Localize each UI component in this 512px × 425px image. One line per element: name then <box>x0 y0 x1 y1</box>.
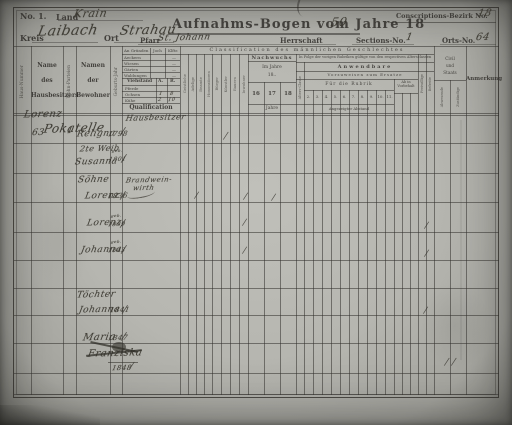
rubrik-cell: 6. <box>340 94 349 99</box>
rubrik-cell: 7. <box>349 94 358 99</box>
grid-line-vertical <box>280 82 281 395</box>
kreis-value-handwriting: Laibach <box>36 22 99 40</box>
class-col-label: Inwohner <box>239 56 248 112</box>
col-header-haus-nummer: Haus-Nummer <box>14 52 31 112</box>
rubrik-cell: 10. <box>376 94 385 99</box>
col-header-line: Namen <box>76 58 110 73</box>
nachwuchs-cell: 16 <box>248 91 264 97</box>
rubrik-cell: 4. <box>322 94 331 99</box>
grid-line-vertical <box>376 90 377 395</box>
grid-line-vertical <box>385 90 386 395</box>
grid-line-horizontal <box>14 260 499 261</box>
birth-note: geb. <box>111 213 123 218</box>
class-col-label: Beamte <box>196 56 204 112</box>
grid-line-horizontal <box>248 104 394 105</box>
photo-shadow <box>0 405 100 425</box>
birth-note: geb. <box>111 239 123 244</box>
nachwuchs-line2: 18.. <box>248 73 296 78</box>
grid-line-horizontal <box>122 85 180 86</box>
anwendbare-label: Anwendbare <box>296 64 434 70</box>
grid-line-horizontal <box>14 46 499 47</box>
divider <box>32 42 98 43</box>
classification-title: Classification des männlichen Geschlecht… <box>180 47 434 53</box>
grid-line-horizontal <box>248 82 296 83</box>
class-col-label: Bürger <box>212 56 221 112</box>
grid-line-horizontal <box>122 91 180 92</box>
befreite-col: Befreite <box>426 56 434 112</box>
grid-line-vertical <box>450 80 451 395</box>
col-header-line: der <box>76 73 110 88</box>
grid-line-vertical <box>402 93 403 395</box>
grid-line-vertical <box>358 90 359 395</box>
anmerkung-label: Anmerkung <box>466 76 497 82</box>
viehstand-col-r: R. <box>170 79 175 84</box>
fuer-die-rubrik-label: Für die Rubrik <box>304 82 394 87</box>
divider <box>138 44 336 45</box>
birth-year: 1841 <box>109 306 130 315</box>
scanned-census-form: No. 1. Land Krain Aufnahms-Bogen vom Jah… <box>0 0 512 425</box>
nachwuchs-bottom: Jahre <box>248 106 296 111</box>
land-row-joch: Joch <box>153 48 162 53</box>
divider <box>352 44 414 45</box>
form-title: Aufnahms-Bogen vom Jahre 18 <box>172 17 425 32</box>
divider <box>58 20 143 21</box>
col-header-hausbesitzer: Name des Hausbesitzers <box>31 58 63 103</box>
grid-line-horizontal <box>248 61 296 62</box>
grid-line-horizontal <box>296 71 434 72</box>
grid-line-horizontal <box>14 315 499 316</box>
grid-line-horizontal <box>14 173 499 174</box>
krieg-box-line: Civil <box>434 56 466 61</box>
grid-line-horizontal <box>14 394 499 395</box>
grid-line-vertical <box>394 79 395 395</box>
pfarr-value-handwriting: St. Johann <box>157 32 211 43</box>
vorbehalt-label: Ab in Vorbehalt <box>394 80 418 88</box>
grid-line-vertical <box>322 90 323 395</box>
grid-line-horizontal <box>122 60 180 61</box>
grid-line-vertical <box>150 48 151 78</box>
grid-line-horizontal <box>180 54 434 55</box>
vorzuweisen-label: Vorzuweisen zum Ersatze <box>296 72 434 77</box>
conscription-district-value: 18 <box>477 8 493 19</box>
col-header-line: Name <box>31 58 63 73</box>
title-year-handwriting: 50 <box>330 15 349 29</box>
grid-line-horizontal <box>14 288 499 289</box>
krieg-box-line: und <box>434 63 466 68</box>
grid-line-horizontal <box>394 93 418 94</box>
class-col-label: Bauern <box>230 56 239 112</box>
class-col-label: Künstler <box>221 56 230 112</box>
col-header-line: des <box>31 73 63 88</box>
qualification-label: Qualification <box>122 104 180 111</box>
grid-line-horizontal <box>122 66 180 67</box>
grid-line-vertical <box>367 90 368 395</box>
rubrik-cell: 5. <box>331 94 340 99</box>
grid-line-horizontal <box>296 62 434 63</box>
grid-line-horizontal <box>122 103 180 104</box>
nachwuchs-line1: Im Jahre <box>248 65 296 70</box>
class-col-label: Geistliche <box>180 56 188 112</box>
rubrik-cell: 11. <box>385 94 394 99</box>
col-header-line: Bewohner <box>76 88 110 103</box>
grid-line-vertical <box>340 90 341 395</box>
col-header-wohn-parteien: Wohn-Parteien <box>63 52 76 112</box>
grid-line-horizontal <box>296 79 418 80</box>
grid-line-horizontal <box>304 90 394 91</box>
relation-entry: Söhne <box>77 175 110 186</box>
rubrik-cell: 8. <box>358 94 367 99</box>
form-number: No. 1. <box>20 11 46 21</box>
col-header-bewohner: Namen der Bewohner <box>76 58 110 103</box>
grid-line-vertical <box>304 62 305 395</box>
grid-line-vertical <box>410 93 411 395</box>
divider <box>390 22 496 23</box>
land-value-handwriting: Krain <box>73 7 109 21</box>
orts-no-value: 64 <box>475 32 491 43</box>
krieg-subcol: Zuständige <box>450 82 466 112</box>
grid-line-horizontal <box>122 78 180 79</box>
grid-line-horizontal <box>14 343 499 344</box>
grid-line-horizontal <box>14 373 499 374</box>
col-header-geburtsjahr: Geburts-Jahr <box>110 52 122 112</box>
viehstand-title: Viehstand <box>127 79 152 84</box>
rubrik-cell: 3. <box>313 94 322 99</box>
grid-line-horizontal <box>14 113 499 114</box>
grid-line-vertical <box>349 90 350 395</box>
land-row-klftr: Klftr. <box>168 48 178 53</box>
col-header-line: Hausbesitzers <box>31 88 63 103</box>
viehstand-col-a: A. <box>158 79 163 84</box>
grid-line-vertical <box>331 90 332 395</box>
class-col-label: Adelige <box>188 56 196 112</box>
anwendbare-top-text: In Folge der vorigen Rubriken gültige vo… <box>298 55 432 59</box>
divider <box>440 44 496 45</box>
grid-line-vertical <box>264 82 265 395</box>
grid-line-horizontal <box>14 202 499 203</box>
grid-line-horizontal <box>14 115 499 116</box>
freiwillige-col: Freiwillige <box>418 56 426 112</box>
house-number: 63 <box>31 128 45 138</box>
nachwuchs-cell: 17 <box>264 91 280 97</box>
rubrik-cell: 2. <box>304 94 313 99</box>
grid-line-horizontal <box>14 143 499 144</box>
grid-line-horizontal <box>434 80 466 81</box>
krieg-box-line: Staats <box>434 70 466 75</box>
rubrik-cell: 9. <box>367 94 376 99</box>
krieg-subcol: Abwesende <box>434 82 450 112</box>
grid-line-vertical <box>313 90 314 395</box>
class-col-label: Honoratioren <box>204 56 212 112</box>
grid-line-horizontal <box>122 97 180 98</box>
grid-line-horizontal <box>14 232 499 233</box>
grid-line-vertical <box>165 48 166 78</box>
grid-line-horizontal <box>122 72 180 73</box>
conscription-district-label: Conscriptions-Bezirk No. <box>396 12 488 20</box>
nachwuchs-cell: 18 <box>280 91 296 97</box>
grid-line-horizontal <box>122 54 180 55</box>
land-row-label: An Gründen <box>124 48 149 53</box>
